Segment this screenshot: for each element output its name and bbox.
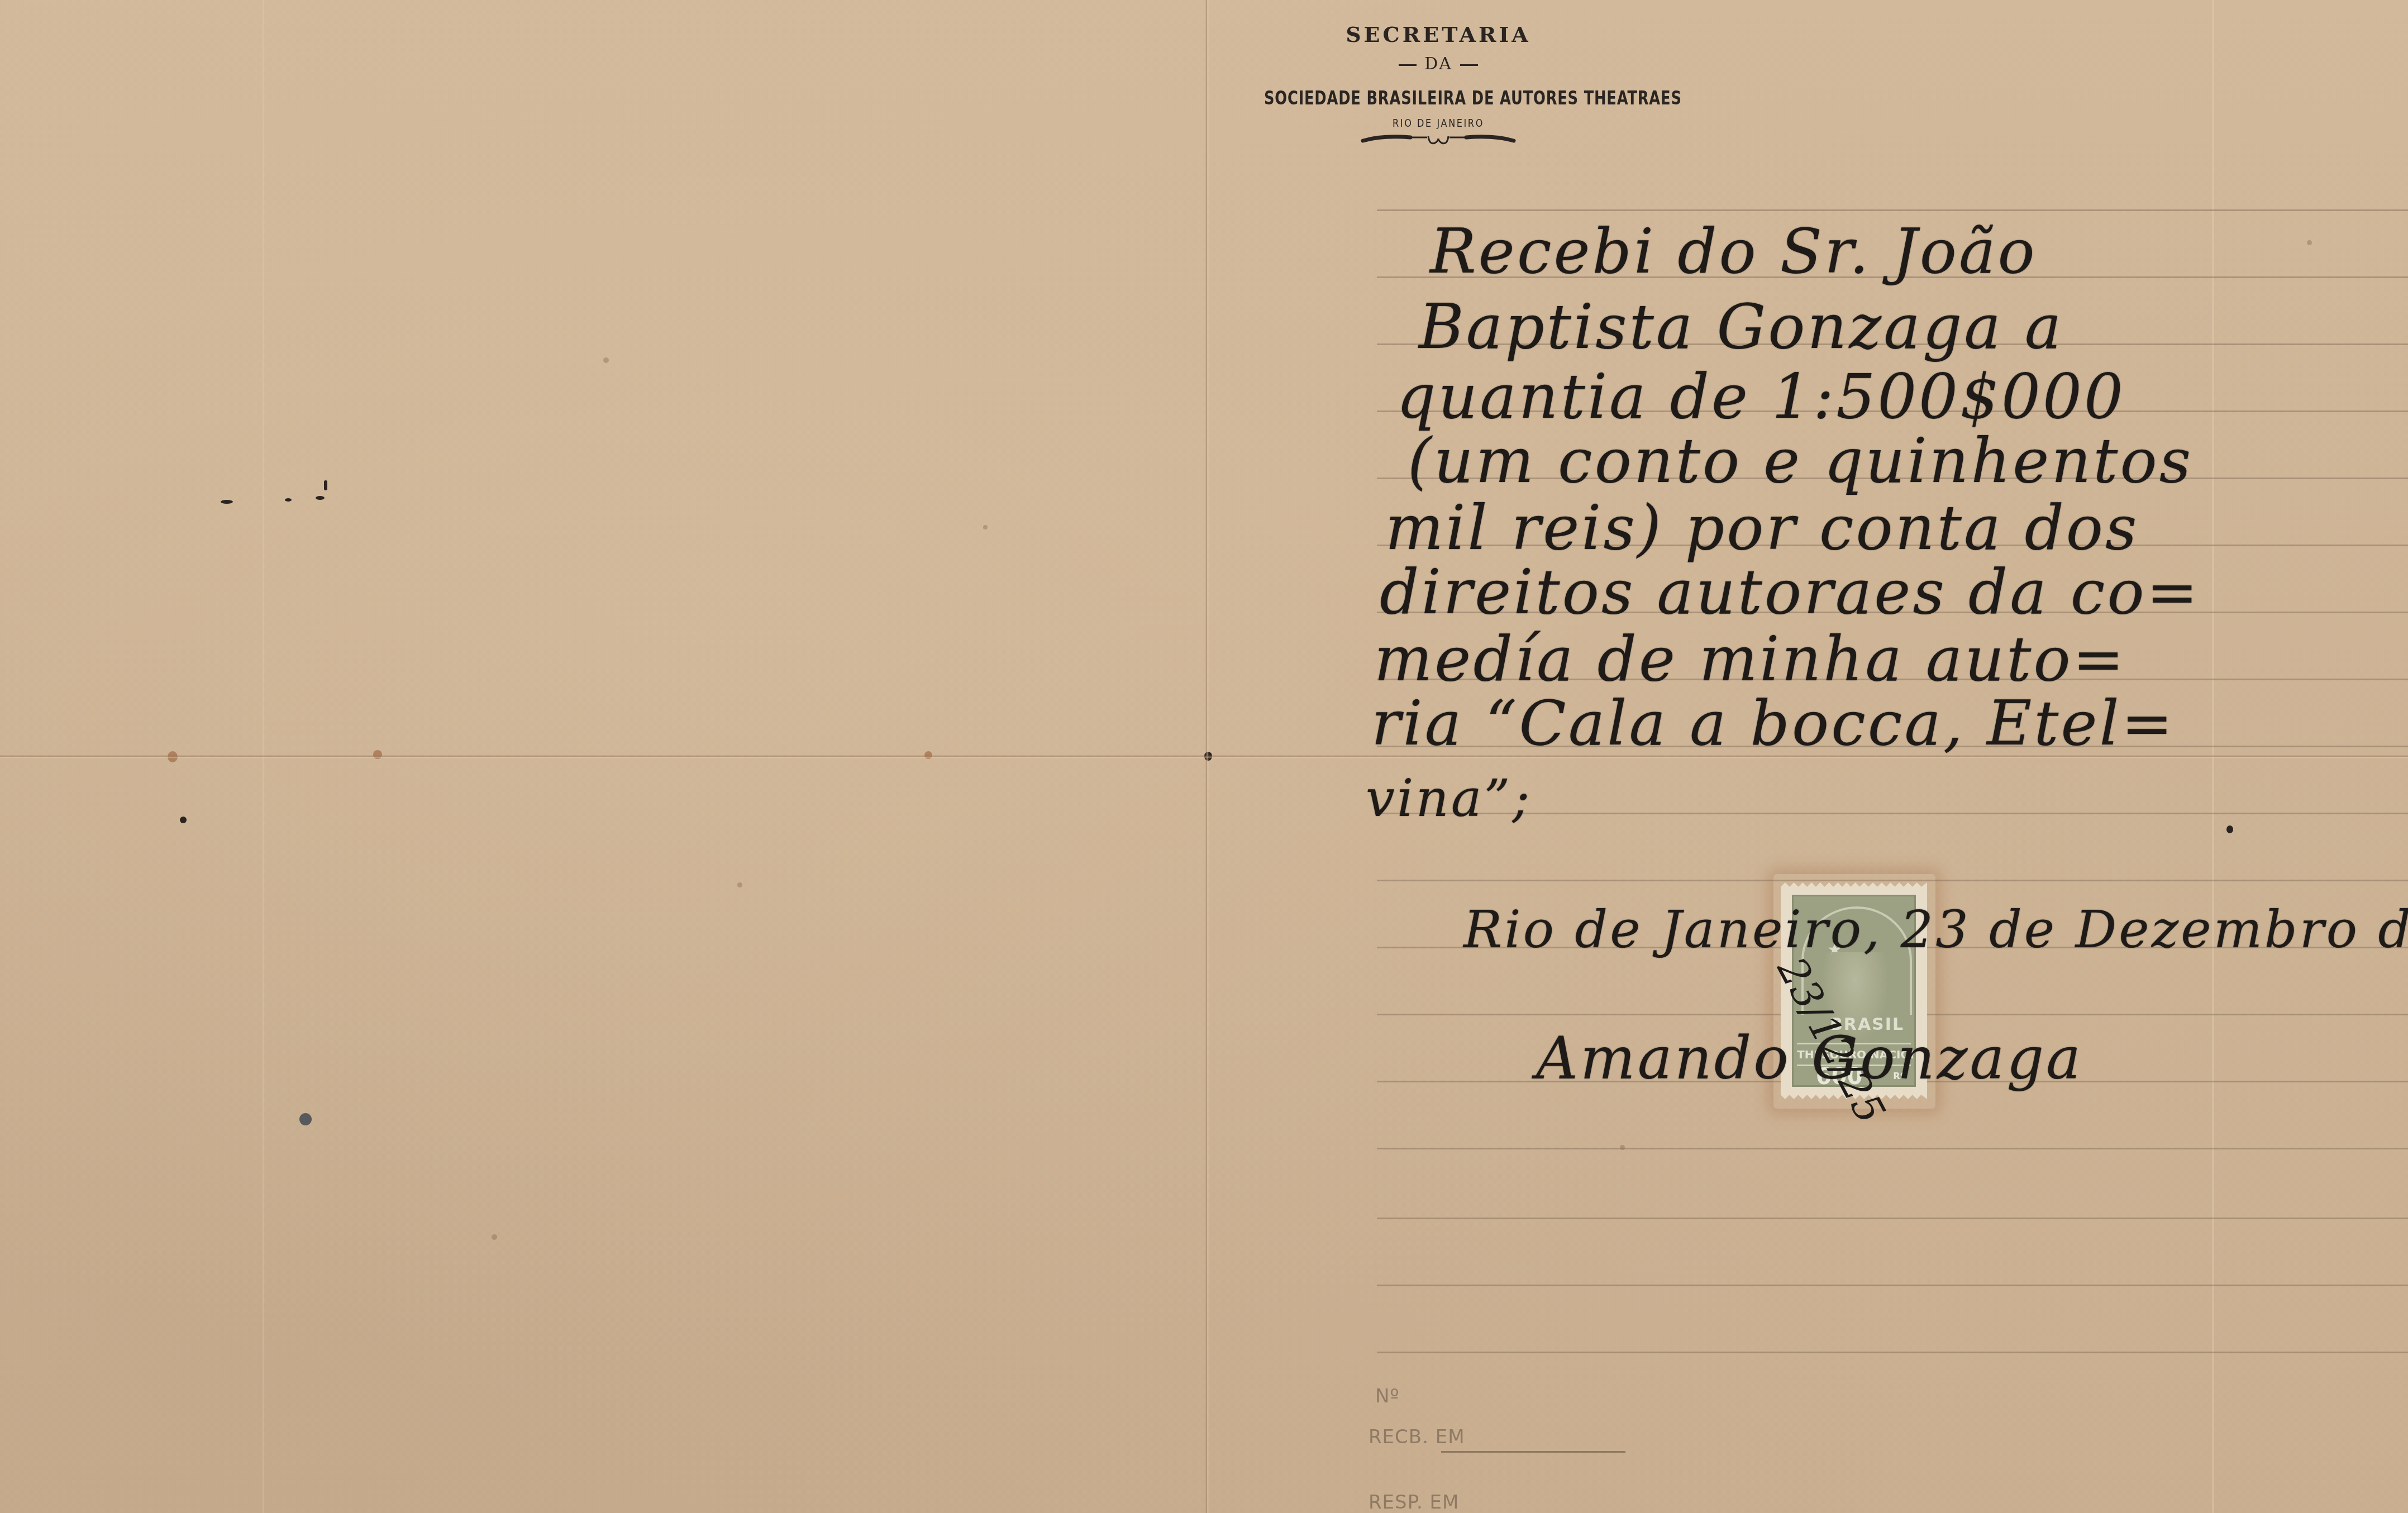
body-line-3: quantia de 1:500$000 [1396,366,2125,427]
letterhead: SECRETARIA DA SOCIEDADE BRASILEIRA DE AU… [1215,22,1662,150]
letterhead-da: DA [1215,55,1662,74]
paper-speck [492,1234,497,1240]
body-line-4: (um conto e quinhentos [1408,430,2193,491]
paper-speck [603,357,609,363]
letterhead-da-text: DA [1424,54,1452,74]
ink-spot [180,817,187,823]
letterhead-city: RIO DE JANEIRO [1248,117,1628,130]
form-field-received: RECB. EM [1368,1426,1465,1448]
form-field-received-line [1441,1451,1625,1453]
ink-mark [221,500,233,504]
letterhead-society-name: SOCIEDADE BRASILEIRA DE AUTORES THEATRAE… [1264,87,1613,109]
dateline: Rio de Janeiro, 23 de Dezembro de 1925 [1463,899,2408,961]
body-line-7: medía de minha auto= [1374,628,2126,690]
dash-ornament [1460,64,1478,66]
body-line-2: Baptista Gonzaga a [1419,296,2063,357]
paper-speck [2307,240,2312,245]
ink-mark [324,480,327,490]
ink-mark [316,496,325,500]
form-field-number: Nº [1375,1385,1399,1407]
body-line-8: ria “Cala a bocca, Etel= [1371,693,2175,754]
body-line-9: vina”; [1366,768,1532,829]
paper-speck [737,882,742,887]
paper-speck [983,525,988,529]
letterhead-secretaria: SECRETARIA [1215,22,1662,47]
ink-spot [2226,825,2233,833]
dash-ornament [1399,64,1417,66]
ink-spot [299,1113,312,1125]
form-field-replied: RESP. EM [1368,1491,1459,1513]
signature: Amando Gonzaga [1536,1028,2083,1089]
flourish-ornament-icon [1215,131,1662,150]
ink-mark [285,498,292,502]
body-line-5: mil reis) por conta dos [1385,497,2139,559]
body-line-1: Recebi do Sr. João [1430,221,2037,282]
body-line-6: direitos autoraes da co= [1380,561,2200,623]
